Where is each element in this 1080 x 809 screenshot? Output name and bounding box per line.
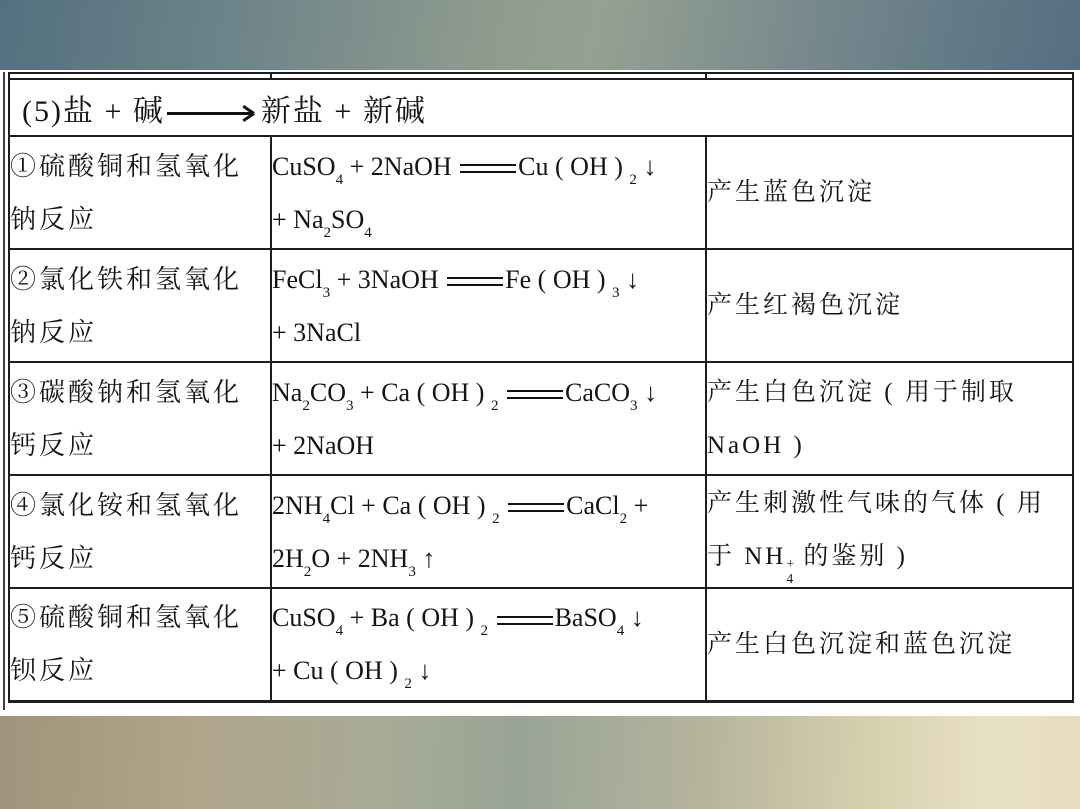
equation-line: + Cu ( OH ) 2 ↓: [272, 644, 705, 697]
subscript: 3: [630, 398, 638, 414]
table-row: ⑤硫酸铜和氢氧化钡反应CuSO4 + Ba ( OH ) 2 BaSO4 ↓ +…: [9, 588, 1073, 701]
table-row: ③碳酸钠和氢氧化钙反应Na2CO3 + Ca ( OH ) 2 CaCO3 ↓ …: [9, 362, 1073, 475]
subscript: 4: [336, 172, 344, 188]
reaction-arrow-icon: [167, 112, 253, 115]
reagent-line: ⑤硫酸铜和氢氧化: [10, 591, 270, 644]
reagent-line: ④氯化铵和氢氧化: [10, 479, 270, 532]
result-line: 产生白色沉淀和蓝色沉淀: [707, 618, 1072, 671]
reagent-cell: ①硫酸铜和氢氧化钠反应: [9, 136, 271, 249]
result-line: 产生白色沉淀 ( 用于制取: [707, 366, 1072, 419]
subscript: 2: [481, 623, 489, 639]
reagent-line: ②氯化铁和氢氧化: [10, 253, 270, 306]
slide-content-area: (5)盐 + 碱新盐 + 新碱 ①硫酸铜和氢氧化钠反应CuSO4 + 2NaOH…: [0, 70, 1080, 716]
top-gradient-band: [0, 0, 1080, 70]
subscript: 2: [323, 225, 331, 241]
subscript: 3: [612, 285, 620, 301]
equation-cell: FeCl3 + 3NaOH Fe ( OH ) 3 ↓ + 3NaCl: [271, 249, 706, 362]
subscript: 2: [492, 511, 500, 527]
subscript: 2: [620, 511, 628, 527]
table-row: ①硫酸铜和氢氧化钠反应CuSO4 + 2NaOH Cu ( OH ) 2 ↓ +…: [9, 136, 1073, 249]
subscript: 2: [404, 676, 412, 692]
reagent-cell: ②氯化铁和氢氧化钠反应: [9, 249, 271, 362]
bottom-gradient-band: [0, 716, 1080, 809]
result-line: NaOH ): [707, 419, 1072, 472]
section-header-text: (5)盐 + 碱新盐 + 新碱: [22, 95, 427, 128]
table-row: ④氯化铵和氢氧化钙反应2NH4Cl + Ca ( OH ) 2 CaCl2 +2…: [9, 475, 1073, 588]
equation-line: + 2NaOH: [272, 419, 705, 472]
reagent-cell: ③碳酸钠和氢氧化钙反应: [9, 362, 271, 475]
slide-page: { "colors": { "table_border": "#1d1d1d",…: [0, 0, 1080, 809]
reagent-cell: ④氯化铵和氢氧化钙反应: [9, 475, 271, 588]
subscript: 2: [629, 172, 637, 188]
result-line: 产生刺激性气味的气体 ( 用: [707, 477, 1072, 530]
result-cell: 产生蓝色沉淀: [706, 136, 1073, 249]
subscript: 3: [408, 564, 416, 580]
equation-line: 2H2O + 2NH3 ↑: [272, 532, 705, 585]
result-cell: 产生白色沉淀 ( 用于制取NaOH ): [706, 362, 1073, 475]
equals-double-line-icon: [460, 164, 516, 173]
superscript-subscript-stack: +4: [786, 557, 794, 586]
equation-line: CuSO4 + 2NaOH Cu ( OH ) 2 ↓: [272, 140, 705, 193]
reagent-line: 钠反应: [10, 193, 270, 246]
reagent-line: ③碳酸钠和氢氧化: [10, 366, 270, 419]
subscript: 2: [304, 564, 312, 580]
subscript: 3: [323, 285, 331, 301]
result-line: 于 NH+4 的鉴别 ): [707, 530, 1072, 587]
section-header-row: (5)盐 + 碱新盐 + 新碱: [9, 79, 1073, 136]
reagent-line: 钙反应: [10, 532, 270, 585]
equals-double-line-icon: [497, 616, 553, 625]
result-line: 产生红褐色沉淀: [707, 279, 1072, 332]
reactions-table: (5)盐 + 碱新盐 + 新碱 ①硫酸铜和氢氧化钠反应CuSO4 + 2NaOH…: [8, 72, 1074, 703]
reagent-line: 钙反应: [10, 419, 270, 472]
result-cell: 产生刺激性气味的气体 ( 用于 NH+4 的鉴别 ): [706, 475, 1073, 588]
table-row: ②氯化铁和氢氧化钠反应FeCl3 + 3NaOH Fe ( OH ) 3 ↓ +…: [9, 249, 1073, 362]
subscript: 2: [302, 398, 310, 414]
subscript: 3: [346, 398, 354, 414]
result-line: 产生蓝色沉淀: [707, 166, 1072, 219]
reagent-cell: ⑤硫酸铜和氢氧化钡反应: [9, 588, 271, 701]
equation-line: + Na2SO4: [272, 193, 705, 246]
equation-line: 2NH4Cl + Ca ( OH ) 2 CaCl2 +: [272, 479, 705, 532]
result-cell: 产生红褐色沉淀: [706, 249, 1073, 362]
subscript: 2: [491, 398, 499, 414]
equals-double-line-icon: [507, 390, 563, 399]
equals-double-line-icon: [447, 277, 503, 286]
reagent-line: ①硫酸铜和氢氧化: [10, 140, 270, 193]
equation-cell: Na2CO3 + Ca ( OH ) 2 CaCO3 ↓ + 2NaOH: [271, 362, 706, 475]
equation-cell: CuSO4 + 2NaOH Cu ( OH ) 2 ↓ + Na2SO4: [271, 136, 706, 249]
result-cell: 产生白色沉淀和蓝色沉淀: [706, 588, 1073, 701]
section-header-cell: (5)盐 + 碱新盐 + 新碱: [9, 79, 1073, 136]
equals-double-line-icon: [508, 503, 564, 512]
equation-cell: 2NH4Cl + Ca ( OH ) 2 CaCl2 +2H2O + 2NH3 …: [271, 475, 706, 588]
left-scan-edge-line: [3, 72, 5, 710]
subscript: 4: [336, 623, 344, 639]
subscript: 4: [323, 511, 331, 527]
equation-line: FeCl3 + 3NaOH Fe ( OH ) 3 ↓: [272, 253, 705, 306]
equation-line: Na2CO3 + Ca ( OH ) 2 CaCO3 ↓: [272, 366, 705, 419]
subscript: 4: [364, 225, 372, 241]
equation-cell: CuSO4 + Ba ( OH ) 2 BaSO4 ↓ + Cu ( OH ) …: [271, 588, 706, 701]
equation-line: + 3NaCl: [272, 306, 705, 359]
reagent-line: 钠反应: [10, 306, 270, 359]
reagent-line: 钡反应: [10, 644, 270, 697]
subscript: 4: [617, 623, 625, 639]
equation-line: CuSO4 + Ba ( OH ) 2 BaSO4 ↓: [272, 591, 705, 644]
